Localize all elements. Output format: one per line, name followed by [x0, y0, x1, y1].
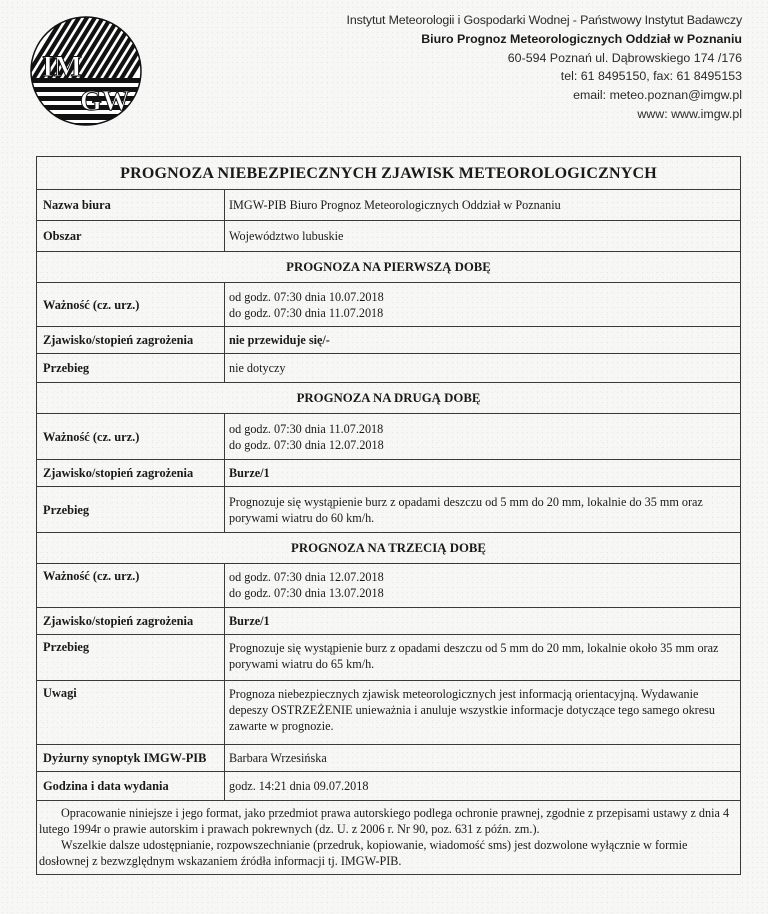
table-row: Zjawisko/stopień zagrożenia Burze/1 [37, 460, 741, 487]
valid-from: od godz. 07:30 dnia 10.07.2018 [229, 289, 734, 305]
office-address: 60-594 Poznań ul. Dąbrowskiego 174 /176 [242, 49, 742, 68]
validity-label: Ważność (cz. urz.) [37, 564, 225, 608]
office-email[interactable]: email: meteo.poznan@imgw.pl [242, 86, 742, 105]
office-phone: tel: 61 8495150, fax: 61 8495153 [242, 67, 742, 86]
phenomenon-value: Burze/1 [225, 608, 741, 635]
office-value: IMGW-PIB Biuro Prognoz Meteorologicznych… [225, 190, 741, 221]
document-title: PROGNOZA NIEBEZPIECZNYCH ZJAWISK METEORO… [37, 157, 741, 190]
table-row: Nazwa biura IMGW-PIB Biuro Prognoz Meteo… [37, 190, 741, 221]
forecaster-label: Dyżurny synoptyk IMGW-PIB [37, 745, 225, 772]
table-row: PROGNOZA NA PIERWSZĄ DOBĘ [37, 252, 741, 283]
table-row: Zjawisko/stopień zagrożenia nie przewidu… [37, 327, 741, 354]
table-row: PROGNOZA NA DRUGĄ DOBĘ [37, 383, 741, 414]
svg-text:IM: IM [42, 50, 82, 83]
phenomenon-label: Zjawisko/stopień zagrożenia [37, 608, 225, 635]
phenomenon-value: Burze/1 [225, 460, 741, 487]
valid-from: od godz. 07:30 dnia 12.07.2018 [229, 569, 734, 585]
table-row: Opracowanie niniejsze i jego format, jak… [37, 801, 741, 875]
table-row: Ważność (cz. urz.) od godz. 07:30 dnia 1… [37, 564, 741, 608]
validity-label: Ważność (cz. urz.) [37, 283, 225, 327]
table-row: Ważność (cz. urz.) od godz. 07:30 dnia 1… [37, 283, 741, 327]
letterhead: Instytut Meteorologii i Gospodarki Wodne… [242, 11, 742, 124]
valid-from: od godz. 07:30 dnia 11.07.2018 [229, 421, 734, 437]
validity-value: od godz. 07:30 dnia 11.07.2018 do godz. … [225, 414, 741, 460]
imgw-logo-icon: IM GW [30, 16, 142, 126]
remarks-label: Uwagi [37, 681, 225, 745]
copyright-paragraph-1: Opracowanie niniejsze i jego format, jak… [39, 805, 736, 837]
table-row: Godzina i data wydania godz. 14:21 dnia … [37, 772, 741, 801]
area-value: Województwo lubuskie [225, 221, 741, 252]
table-row: Uwagi Prognoza niebezpiecznych zjawisk m… [37, 681, 741, 745]
course-label: Przebieg [37, 354, 225, 383]
course-label: Przebieg [37, 487, 225, 533]
valid-to: do godz. 07:30 dnia 11.07.2018 [229, 305, 734, 321]
table-row: Obszar Województwo lubuskie [37, 221, 741, 252]
course-label: Przebieg [37, 635, 225, 681]
validity-value: od godz. 07:30 dnia 12.07.2018 do godz. … [225, 564, 741, 608]
course-value: nie dotyczy [225, 354, 741, 383]
table-row: PROGNOZA NA TRZECIĄ DOBĘ [37, 533, 741, 564]
table-row: Zjawisko/stopień zagrożenia Burze/1 [37, 608, 741, 635]
course-value: Prognozuje się wystąpienie burz z opadam… [225, 635, 741, 681]
forecaster-value: Barbara Wrzesińska [225, 745, 741, 772]
section-heading-day-1: PROGNOZA NA PIERWSZĄ DOBĘ [37, 252, 741, 283]
issued-label: Godzina i data wydania [37, 772, 225, 801]
phenomenon-value: nie przewiduje się/- [225, 327, 741, 354]
office-name: Biuro Prognoz Meteorologicznych Oddział … [242, 30, 742, 49]
course-value: Prognozuje się wystąpienie burz z opadam… [225, 487, 741, 533]
copyright-notice: Opracowanie niniejsze i jego format, jak… [37, 801, 741, 875]
valid-to: do godz. 07:30 dnia 12.07.2018 [229, 437, 734, 453]
section-heading-day-3: PROGNOZA NA TRZECIĄ DOBĘ [37, 533, 741, 564]
issued-value: godz. 14:21 dnia 09.07.2018 [225, 772, 741, 801]
phenomenon-label: Zjawisko/stopień zagrożenia [37, 460, 225, 487]
institute-name: Instytut Meteorologii i Gospodarki Wodne… [242, 11, 742, 30]
valid-to: do godz. 07:30 dnia 13.07.2018 [229, 585, 734, 601]
phenomenon-label: Zjawisko/stopień zagrożenia [37, 327, 225, 354]
table-row: Przebieg Prognozuje się wystąpienie burz… [37, 487, 741, 533]
validity-value: od godz. 07:30 dnia 10.07.2018 do godz. … [225, 283, 741, 327]
table-row: Ważność (cz. urz.) od godz. 07:30 dnia 1… [37, 414, 741, 460]
copyright-paragraph-2: Wszelkie dalsze udostępnianie, rozpowsze… [39, 837, 736, 869]
table-row: Przebieg Prognozuje się wystąpienie burz… [37, 635, 741, 681]
office-website[interactable]: www: www.imgw.pl [242, 105, 742, 124]
office-label: Nazwa biura [37, 190, 225, 221]
area-label: Obszar [37, 221, 225, 252]
forecast-table: PROGNOZA NIEBEZPIECZNYCH ZJAWISK METEORO… [36, 156, 741, 875]
table-row: PROGNOZA NIEBEZPIECZNYCH ZJAWISK METEORO… [37, 157, 741, 190]
section-heading-day-2: PROGNOZA NA DRUGĄ DOBĘ [37, 383, 741, 414]
table-row: Przebieg nie dotyczy [37, 354, 741, 383]
validity-label: Ważność (cz. urz.) [37, 414, 225, 460]
remarks-value: Prognoza niebezpiecznych zjawisk meteoro… [225, 681, 741, 745]
table-row: Dyżurny synoptyk IMGW-PIB Barbara Wrzesi… [37, 745, 741, 772]
